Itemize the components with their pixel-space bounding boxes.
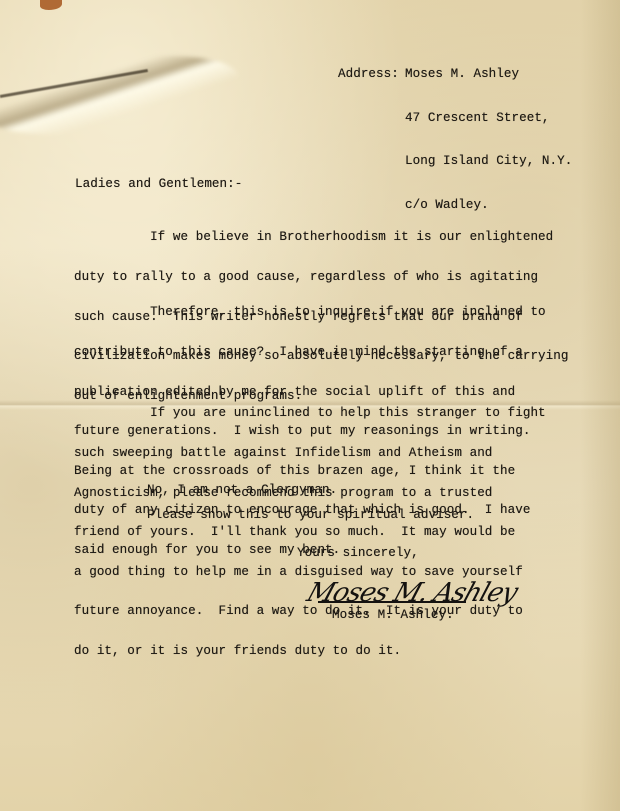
address-line: Long Island City, N.Y. xyxy=(405,154,572,168)
adviser-request: Please show this to your spiritual advis… xyxy=(147,509,474,522)
paper-stain xyxy=(40,0,62,10)
text-line: contribute to this cause? I have in mind… xyxy=(74,346,546,359)
text-line: do it, or it is your friends duty to do … xyxy=(74,645,546,658)
paragraph-3: If you are uninclined to help this stran… xyxy=(74,381,546,685)
text-line: Therefore, this is to inquire if you are… xyxy=(74,306,546,319)
clergyman-statement: No, I am not a Clergyman. xyxy=(147,484,337,497)
text-line: If we believe in Brotherhoodism it is ou… xyxy=(74,231,569,244)
salutation: Ladies and Gentlemen:- xyxy=(75,178,242,191)
text-line: such sweeping battle against Infidelism … xyxy=(74,447,546,460)
paper-crease xyxy=(0,42,244,148)
printed-name: Moses M. Ashley. xyxy=(332,609,454,622)
letter-page: Address:Moses M. Ashley 47 Crescent Stre… xyxy=(0,0,620,811)
address-line: 47 Crescent Street, xyxy=(405,111,550,125)
address-label: Address: xyxy=(338,67,405,82)
signature-underline xyxy=(318,601,466,603)
address-line: Moses M. Ashley xyxy=(405,67,519,81)
paper-edge-shading xyxy=(580,0,620,811)
closing: Yours sincerely, xyxy=(297,547,419,560)
text-line: friend of yours. I'll thank you so much.… xyxy=(74,526,546,539)
text-line: If you are uninclined to help this stran… xyxy=(74,407,546,420)
handwritten-signature: Moses M. Ashley xyxy=(303,578,521,608)
